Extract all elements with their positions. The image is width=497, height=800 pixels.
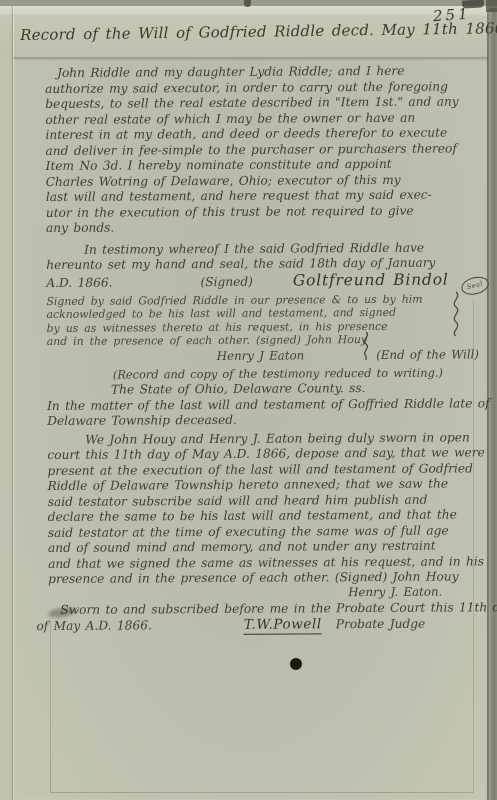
witness-signature-line: Henry J Eaton(End of the Will) [47, 347, 477, 365]
signed-label: (Signed) [200, 274, 253, 288]
signature-line: A.D. 1866.(Signed)Goltfreund BindolSeal [46, 271, 476, 294]
text-line: In the matter of the last will and testa… [47, 396, 477, 414]
matter-caption: In the matter of the last will and testa… [47, 396, 477, 430]
ruled-border-left [50, 622, 51, 792]
testimonium-clause: In testimony whereof I the said Godfried… [46, 240, 476, 274]
punch-hole [290, 658, 302, 670]
text-line: Delaware Township deceased. [47, 412, 477, 430]
text-line: Signed by said Godfried Riddle in our pr… [46, 292, 476, 308]
signature-date: A.D. 1866. [46, 275, 112, 289]
book-binding-edge [489, 8, 497, 800]
will-paragraph: John Riddle and my daughter Lydia Riddle… [45, 63, 476, 236]
scanned-ledger-page: 251 Record of the Will of Godfried Riddl… [0, 0, 497, 800]
ruled-border-bottom [50, 792, 474, 793]
corner-shadow-mark [486, 0, 497, 12]
witness-signature: Henry J Eaton [217, 348, 305, 363]
judge-signature-line: of May A.D. 1866.T.W.PowellProbate Judge [36, 616, 478, 635]
brace-squiggle-icon [449, 290, 463, 338]
top-ink-tick [244, 0, 251, 7]
text-line: utor in the execution of this trust be n… [46, 203, 476, 221]
witness2-signature: Henry J. Eaton. [348, 585, 478, 599]
judge-signature: T.W.Powell [244, 617, 322, 635]
text-line: and in the presence of each other. (sign… [47, 333, 477, 349]
brace-squiggle-icon [360, 331, 372, 361]
text-line: any bonds. [46, 218, 476, 236]
text-line: and deliver in fee-simple to the purchas… [45, 141, 475, 159]
judge-title: Probate Judge [336, 617, 426, 632]
testator-signature: Goltfreund Bindol [293, 270, 449, 289]
attestation-clause: Signed by said Godfried Riddle in our pr… [46, 292, 476, 349]
record-copy-note: (Record and copy of the testimony reduce… [113, 365, 477, 383]
judge-line-date: of May A.D. 1866. [36, 619, 151, 634]
witness-testimony-paragraph: We John Houy and Henry J. Eaton being du… [47, 430, 478, 588]
ledger-page-top-edge [0, 6, 497, 15]
page-fold-line [13, 6, 14, 800]
end-of-will-note: (End of the Will) [376, 347, 479, 362]
document-text: John Riddle and my daughter Lydia Riddle… [45, 63, 478, 634]
